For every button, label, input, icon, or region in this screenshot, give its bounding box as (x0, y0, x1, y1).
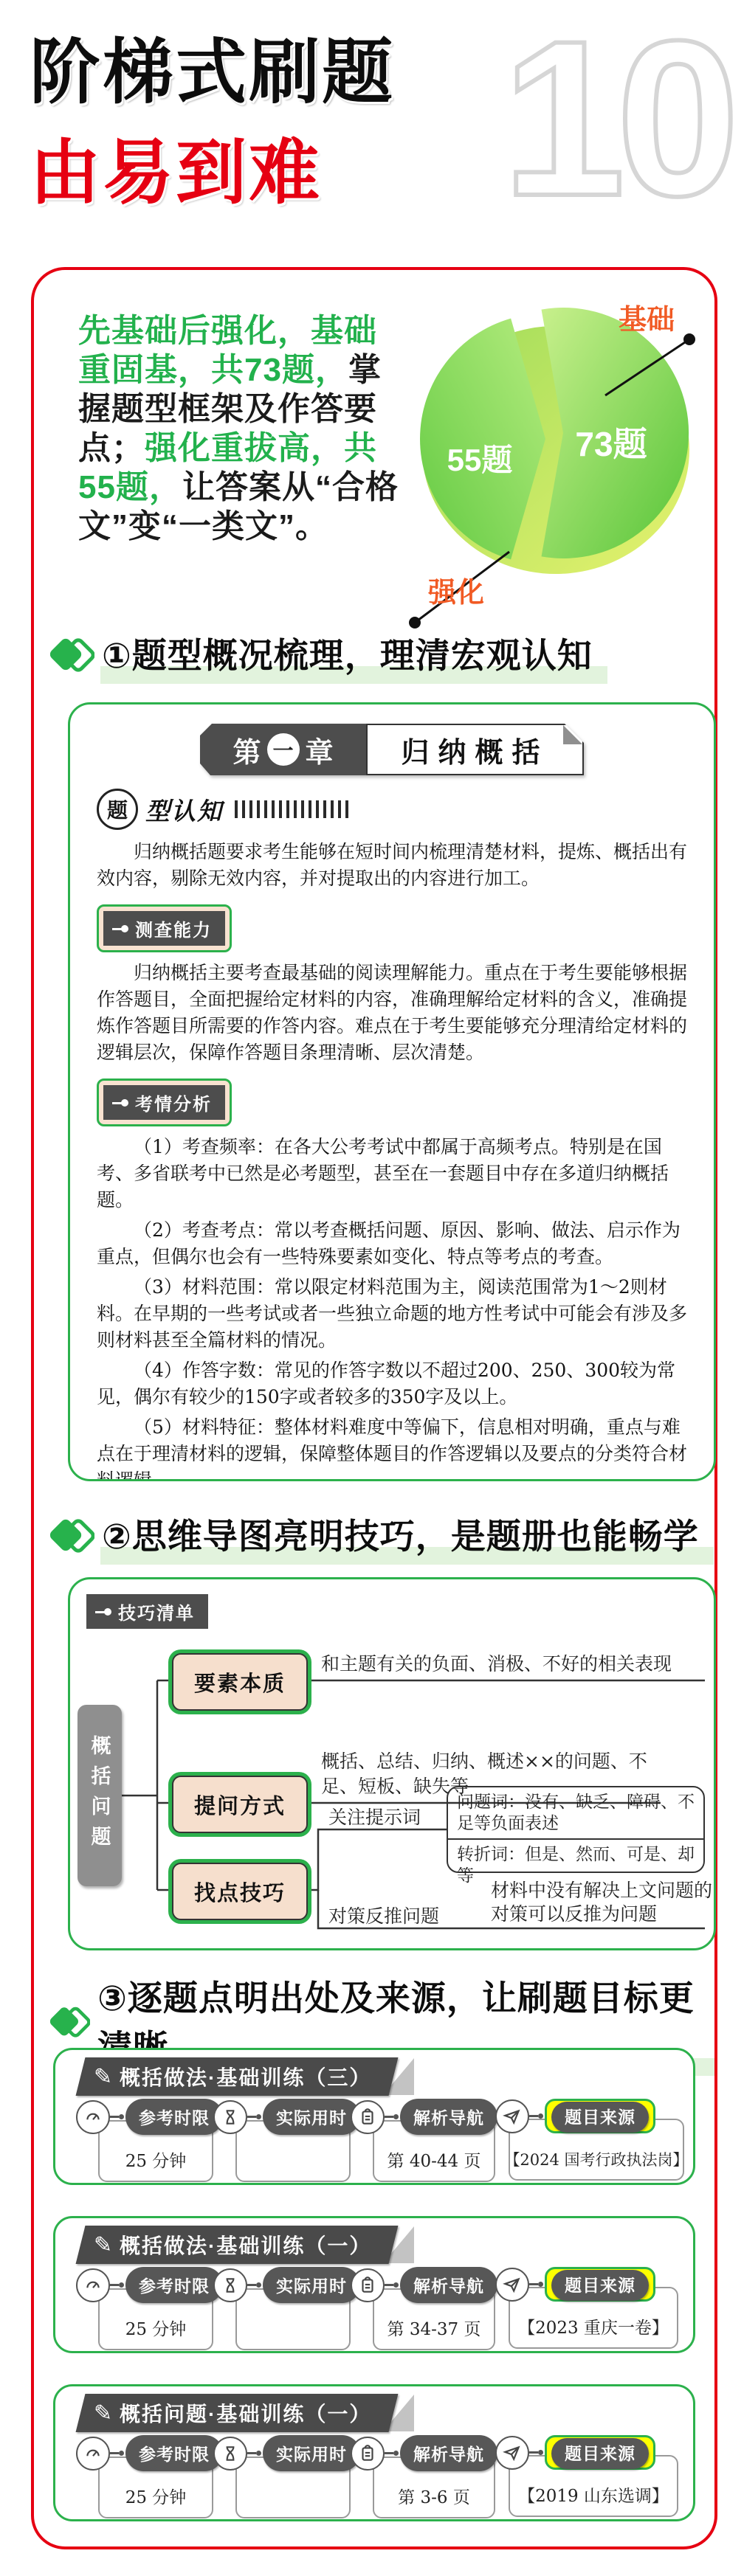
card-title: 概括做法·基础训练（三） (120, 2062, 371, 2091)
metric-answer-nav: 解析导航 第 34-37 页 (351, 2267, 495, 2350)
metric-source: 题目来源 【2023 重庆一卷】 (495, 2267, 678, 2350)
hourglass-icon (213, 2268, 247, 2302)
analysis-item: （2）考查考点：常以考查概括问题、原因、影响、做法、启示作为重点，但偶尔也会有一… (97, 1217, 687, 1270)
badge-tips-list-label: 技巧清单 (118, 1599, 195, 1624)
metric-actual-time: 实际用时 (213, 2099, 351, 2182)
metric-label: 解析导航 (400, 2099, 497, 2135)
pin-icon (95, 1607, 111, 1616)
chapter-overview-box: 第 一 章 归纳概括 题 型认知 归纳概括题要求考生能够在短时间内梳理清楚材料，… (68, 702, 716, 1481)
card-title: 概括问题·基础训练（一） (120, 2398, 371, 2428)
section1-heading-text: ①题型概况梳理，理清宏观认知 (100, 629, 607, 684)
note-essence: 和主题有关的负面、消极、不好的相关表现 (321, 1652, 705, 1677)
note-countermeasure: 材料中没有解决上文问题的对策可以反推为问题 (491, 1879, 712, 1926)
metric-answer-nav: 解析导航 第 40-44 页 (351, 2099, 495, 2182)
metric-actual-time: 实际用时 (213, 2435, 351, 2518)
source-highlight: 题目来源 (545, 2099, 655, 2133)
section2-heading-text: ②思维导图亮明技巧，是题册也能畅学 (100, 1509, 714, 1565)
section2-heading: ②思维导图亮明技巧，是题册也能畅学 (50, 1509, 714, 1565)
metric-label: 参考时限 (125, 2099, 223, 2135)
analysis-item: （4）作答字数：常见的作答字数以不超过200、250、300较为常见，偶尔有较少… (97, 1357, 687, 1410)
callout-label-basic: 基础 (619, 305, 675, 336)
number-10-watermark: 10 (458, 7, 731, 229)
green-diamond-icon (50, 1515, 94, 1559)
card-metrics: 参考时限 25 分钟 实际用时 (76, 2267, 678, 2350)
hourglass-icon (213, 2437, 247, 2471)
card-title-banner: ✎ 概括做法·基础训练（三） (80, 2057, 414, 2096)
ability-paragraph: 归纳概括主要考查最基础的阅读理解能力。重点在于考生要能够根据作答题目，全面把握给… (97, 960, 687, 1066)
ti-rest-text: 型认知 (145, 792, 223, 827)
page-title-line1: 阶梯式刷题 (30, 16, 395, 117)
card-metrics: 参考时限 25 分钟 实际用时 (76, 2435, 678, 2518)
badge-exam-analysis-label: 考情分析 (135, 1090, 212, 1115)
folded-corner (563, 725, 582, 744)
card-metrics: 参考时限 25 分钟 实际用时 (76, 2099, 678, 2182)
ti-circle-char: 题 (97, 789, 138, 830)
chapter-banner: 第 一 章 归纳概括 (200, 724, 584, 775)
source-highlight: 题目来源 (545, 2267, 655, 2302)
metric-label: 题目来源 (551, 2270, 649, 2301)
metric-label: 实际用时 (263, 2099, 360, 2135)
metric-source: 题目来源 【2019 山东选调】 (495, 2435, 678, 2518)
pencil-icon: ✎ (94, 2232, 112, 2258)
gauge-icon (76, 2100, 110, 2134)
badge-ability: 测查能力 (97, 904, 232, 952)
metric-ref-time: 参考时限 25 分钟 (76, 2267, 213, 2350)
pin-icon (112, 1098, 128, 1107)
hint-words-box: 问题词：没有、缺乏、障碍、不足等负面表述 转折词：但是、然而、可是、却等 (447, 1786, 705, 1873)
callout-label-advanced: 强化 (427, 578, 484, 609)
training-card: ✎ 概括做法·基础训练（一） 参考时限 25 分钟 (53, 2216, 695, 2353)
mindmap-node-point-finding: 找点技巧 (172, 1863, 308, 1920)
intro-paragraph: 先基础后强化，基础重固基，共73题，掌握题型框架及作答要点；强化重拔高，共55题… (78, 311, 402, 546)
badge-ability-label: 测查能力 (135, 915, 212, 941)
metric-label: 实际用时 (263, 2435, 360, 2471)
training-card: ✎ 概括问题·基础训练（一） 参考时限 25 分钟 (53, 2384, 695, 2521)
gauge-icon (76, 2268, 110, 2302)
chapter-prefix: 第 (232, 730, 261, 770)
clipboard-icon (351, 2100, 385, 2134)
metric-label: 解析导航 (400, 2435, 497, 2471)
paper-plane-icon (495, 2436, 529, 2470)
analysis-item: （1）考查频率：在各大公考考试中都属于高频考点。特别是在国考、多省联考中已然是必… (97, 1134, 687, 1213)
chapter-banner-left: 第 一 章 (200, 724, 366, 775)
analysis-item: （5）材料特征：整体材料难度中等偏下，信息相对明确，重点与难点在于理清材料的逻辑… (97, 1414, 687, 1481)
mindmap-box: 技巧清单 概括问题 要素本质 提问方式 找点技巧 (68, 1577, 716, 1950)
chapter-title: 归纳概括 (401, 730, 548, 770)
chapter-number-circle: 一 (267, 733, 300, 766)
hourglass-icon (213, 2100, 247, 2134)
analysis-item: （3）材料范围：常以限定材料范围为主，阅读范围常为1～2则材料。在早期的一些考试… (97, 1274, 687, 1354)
metric-label: 题目来源 (551, 2438, 649, 2469)
metric-actual-time: 实际用时 (213, 2267, 351, 2350)
pie-chart-svg: 73题 55题 基础 强化 (397, 292, 722, 639)
label-hint-words: 关注提示词 (328, 1805, 421, 1830)
metric-label: 题目来源 (551, 2102, 649, 2133)
badge-tips-list: 技巧清单 (86, 1594, 208, 1629)
card-title-banner: ✎ 概括问题·基础训练（一） (80, 2394, 414, 2432)
green-diamond-icon (50, 2001, 90, 2046)
type-knowledge-heading: 题 型认知 (97, 789, 687, 830)
pencil-icon: ✎ (94, 2064, 112, 2090)
mindmap-node-question-style: 提问方式 (172, 1776, 308, 1833)
hint-problem-words: 问题词：没有、缺乏、障碍、不足等负面表述 (448, 1787, 703, 1840)
main-red-container: 先基础后强化，基础重固基，共73题，掌握题型框架及作答要点；强化重拔高，共55题… (31, 267, 717, 2549)
metric-label: 参考时限 (125, 2267, 223, 2303)
metric-ref-time: 参考时限 25 分钟 (76, 2099, 213, 2182)
callout-dot-basic (683, 333, 695, 345)
mindmap-node-essence: 要素本质 (172, 1653, 308, 1711)
metric-label: 解析导航 (400, 2267, 497, 2303)
badge-exam-analysis: 考情分析 (97, 1078, 232, 1126)
chapter-suffix: 章 (306, 730, 334, 770)
metric-label: 实际用时 (263, 2267, 360, 2303)
clipboard-icon (351, 2437, 385, 2471)
type-knowledge-paragraph: 归纳概括题要求考生能够在短时间内梳理清楚材料，提炼、概括出有效内容，剔除无效内容… (97, 839, 687, 892)
pin-icon (112, 924, 128, 933)
decorative-bars (235, 800, 353, 818)
metric-ref-time: 参考时限 25 分钟 (76, 2435, 213, 2518)
clipboard-icon (351, 2268, 385, 2302)
paper-plane-icon (495, 2099, 529, 2133)
pencil-icon: ✎ (94, 2400, 112, 2426)
gauge-icon (76, 2437, 110, 2471)
pie-label-55: 55题 (447, 443, 513, 477)
callout-dot-advanced (409, 617, 421, 629)
chapter-title-box: 归纳概括 (366, 724, 584, 775)
section1-heading: ①题型概况梳理，理清宏观认知 (50, 629, 607, 684)
metric-source: 题目来源 【2024 国考行政执法岗】 (495, 2099, 684, 2182)
promo-page: 阶梯式刷题 由易到难 10 先基础后强化，基础重固基，共73题，掌握题型框架及作… (0, 0, 744, 2576)
metric-answer-nav: 解析导航 第 3-6 页 (351, 2435, 495, 2518)
mindmap-root-node: 概括问题 (77, 1705, 122, 1886)
pie-chart: 73题 55题 基础 强化 (397, 292, 722, 639)
source-highlight: 题目来源 (545, 2435, 655, 2470)
pie-label-73: 73题 (575, 425, 647, 463)
page-title-line2: 由易到难 (30, 117, 322, 218)
training-card: ✎ 概括做法·基础训练（三） 参考时限 25 分钟 (53, 2048, 695, 2185)
label-countermeasure: 对策反推问题 (328, 1904, 439, 1929)
mindmap: 概括问题 要素本质 提问方式 找点技巧 和主题有关的负面、消极、不好的相关表现 … (77, 1641, 711, 1944)
metric-label: 参考时限 (125, 2435, 223, 2471)
paper-plane-icon (495, 2268, 529, 2302)
card-title: 概括做法·基础训练（一） (120, 2230, 371, 2260)
green-diamond-icon (50, 634, 94, 679)
intro-seg-green-1: 先基础后强化，基础重固基，共73题， (78, 313, 377, 388)
card-title-banner: ✎ 概括做法·基础训练（一） (80, 2226, 414, 2264)
